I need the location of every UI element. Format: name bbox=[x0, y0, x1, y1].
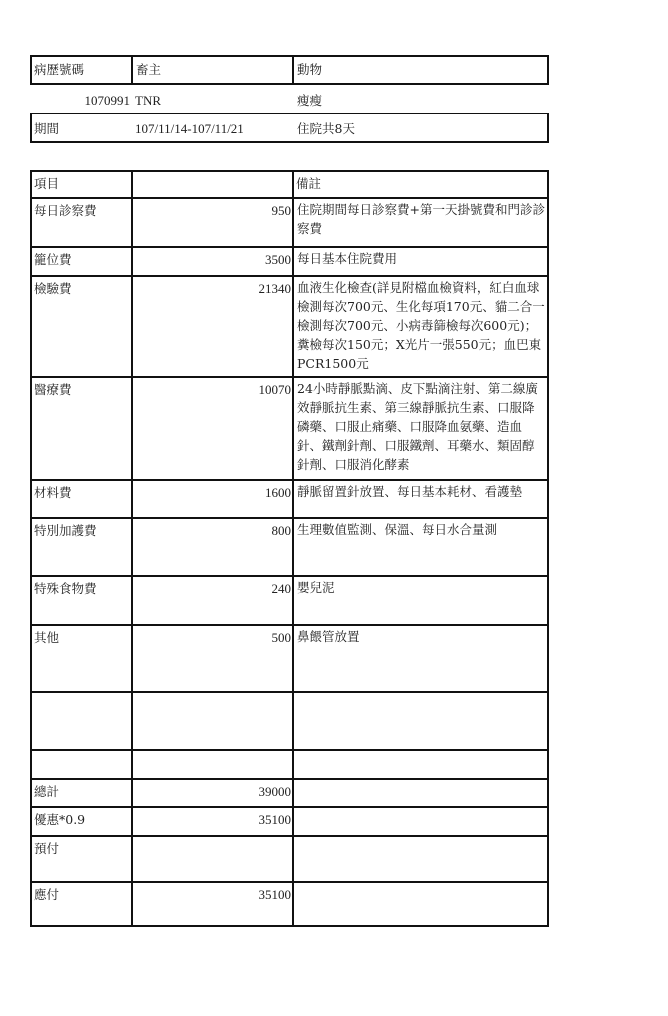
period-label: 期間 bbox=[32, 118, 130, 139]
fee-amount: 1600 bbox=[133, 482, 292, 503]
fee-note: 靜脈留置針放置、每日基本耗材、看護墊 bbox=[294, 482, 548, 517]
fee-item: 特別加護費 bbox=[32, 520, 130, 541]
amount-due-label: 應付 bbox=[32, 884, 130, 905]
column-header-item: 項目 bbox=[32, 173, 130, 194]
record-no-label: 病歷號碼 bbox=[32, 59, 130, 80]
row-divider bbox=[30, 749, 549, 751]
fee-note: 每日基本住院費用 bbox=[294, 249, 548, 275]
discount-label: 優惠*0.9 bbox=[32, 809, 130, 830]
fee-item: 檢驗費 bbox=[32, 278, 130, 299]
fee-amount: 950 bbox=[133, 200, 292, 221]
fee-amount: 500 bbox=[133, 627, 292, 648]
fee-note: 生理數值監測、保溫、每日水合量測 bbox=[294, 520, 548, 575]
fee-note: 鼻餵管放置 bbox=[294, 627, 548, 691]
column-header-amount bbox=[133, 173, 291, 175]
row-divider bbox=[30, 835, 549, 837]
row-divider bbox=[30, 275, 549, 277]
row-divider bbox=[30, 517, 549, 519]
period-value: 107/11/14-107/11/21 bbox=[133, 118, 289, 139]
fee-amount: 240 bbox=[133, 578, 292, 599]
prepaid-label: 預付 bbox=[32, 838, 130, 859]
column-header-note: 備註 bbox=[294, 173, 546, 194]
fee-note: 24小時靜脈點滴、皮下點滴注射、第二線廣效靜脈抗生素、第三線靜脈抗生素、口服降磷… bbox=[294, 379, 548, 479]
discount-amount: 35100 bbox=[133, 809, 292, 830]
divider bbox=[292, 55, 294, 85]
fee-item bbox=[32, 694, 130, 696]
amount-due: 35100 bbox=[133, 884, 292, 905]
fee-amount: 21340 bbox=[133, 278, 292, 299]
fee-amount: 3500 bbox=[133, 249, 292, 270]
owner-label: 畜主 bbox=[134, 59, 290, 80]
fee-amount: 10070 bbox=[133, 379, 292, 400]
fee-item: 籠位費 bbox=[32, 249, 130, 270]
prepaid-amount bbox=[133, 838, 292, 840]
fee-item bbox=[32, 752, 130, 754]
record-no-value: 1070991 bbox=[32, 90, 131, 111]
fee-amount: 800 bbox=[133, 520, 292, 541]
fee-item: 特殊食物費 bbox=[32, 578, 130, 599]
stay-length: 住院共8天 bbox=[295, 118, 545, 139]
row-divider bbox=[30, 479, 549, 481]
fee-amount bbox=[133, 694, 292, 696]
animal-label: 動物 bbox=[295, 59, 545, 80]
row-divider bbox=[30, 691, 549, 693]
fee-item: 材料費 bbox=[32, 482, 130, 503]
row-divider bbox=[30, 376, 549, 378]
fee-item: 其他 bbox=[32, 627, 130, 648]
row-divider bbox=[30, 575, 549, 577]
total-amount: 39000 bbox=[133, 781, 292, 802]
row-divider bbox=[30, 881, 549, 883]
animal-value: 瘦瘦 bbox=[295, 90, 545, 111]
row-divider bbox=[30, 806, 549, 808]
divider bbox=[131, 55, 133, 85]
fee-item: 每日診察費 bbox=[32, 200, 130, 221]
fee-item: 醫療費 bbox=[32, 379, 130, 400]
fee-note: 住院期間每日診察費+第一天掛號費和門診診察費 bbox=[294, 200, 548, 246]
fee-note: 嬰兒泥 bbox=[294, 578, 548, 624]
fee-note: 血液生化檢查(詳見附檔血檢資料，紅白血球檢測每次700元、生化每項170元、貓二… bbox=[294, 278, 548, 376]
row-divider bbox=[30, 624, 549, 626]
owner-value: TNR bbox=[133, 90, 289, 111]
fee-amount bbox=[133, 752, 292, 754]
row-divider bbox=[30, 778, 549, 780]
total-label: 總計 bbox=[32, 781, 130, 802]
row-divider bbox=[30, 246, 549, 248]
row-divider bbox=[30, 197, 549, 199]
